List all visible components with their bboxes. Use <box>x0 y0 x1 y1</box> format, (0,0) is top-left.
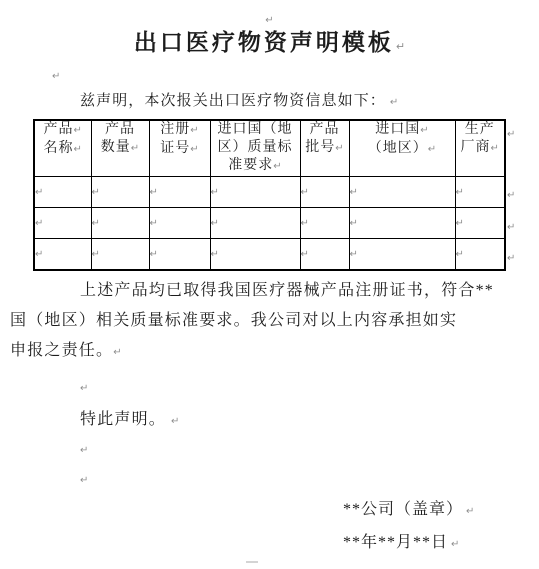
paragraph-mark-icon: ↵ <box>451 539 459 550</box>
header-cell-line: （地区）↵ <box>350 140 455 159</box>
hereby-statement: 特此声明。↵ <box>80 406 179 429</box>
table-cell: ↵ <box>34 177 91 208</box>
header-cell-text: 产品 <box>310 122 340 137</box>
paragraph-mark-icon: ↵ <box>171 416 179 427</box>
intro-text: 兹声明，本次报关出口医疗物资信息如下： <box>80 93 386 109</box>
header-cell-line: 产品 <box>301 121 349 139</box>
header-cell-line: 厂商↵ <box>456 139 505 158</box>
paragraph-mark-icon: ↵ <box>113 347 121 358</box>
paragraph-mark-icon: ↵ <box>491 143 499 154</box>
paragraph-mark-icon: ↵ <box>35 249 43 260</box>
paragraph-mark-icon: ↵ <box>150 218 158 229</box>
table-header-row: 产品↵名称↵产品数量↵注册↵证号↵进口国（地区）质量标准要求↵产品批号↵进口国↵… <box>34 120 505 177</box>
header-cell-text: （地区） <box>368 141 428 156</box>
header-cell-text: 注册 <box>160 122 190 137</box>
paragraph-mark-icon: ↵ <box>211 218 219 229</box>
paragraph-mark-icon: ↵ <box>428 144 436 155</box>
table-row: ↵↵↵↵↵↵↵ <box>34 208 505 239</box>
paragraph-mark-icon: ↵ <box>35 218 43 229</box>
table-cell: ↵ <box>300 239 349 270</box>
paragraph-mark-icon: ↵ <box>466 506 474 517</box>
intro-statement: 兹声明，本次报关出口医疗物资信息如下：↵ <box>80 89 398 110</box>
header-cell-text: 产品 <box>105 122 135 137</box>
header-cell-text: 证号 <box>160 141 190 156</box>
paragraph-mark-icon: ↵ <box>150 249 158 260</box>
paragraph-mark-icon: ↵ <box>190 125 198 136</box>
paragraph-mark-row: ↵ <box>52 66 60 84</box>
signature-company: **公司（盖章）↵ <box>343 494 474 527</box>
table-cell: ↵ <box>210 177 300 208</box>
header-cell-text: 产品 <box>44 122 74 137</box>
paragraph-mark-icon: ↵ <box>507 190 515 201</box>
row-end-mark: ↵ <box>507 248 515 266</box>
table-cell: ↵ <box>300 177 349 208</box>
header-cell-import-quality-std: 进口国（地区）质量标准要求↵ <box>210 120 300 177</box>
paragraph-mark-icon: ↵ <box>131 143 139 154</box>
header-cell-line: 准要求↵ <box>211 157 300 176</box>
paragraph-mark-icon: ↵ <box>507 222 515 233</box>
row-end-mark: ↵ <box>507 185 515 203</box>
signature-company-text: **公司（盖章） <box>343 501 463 518</box>
document-page: ↵ 出口医疗物资声明模板↵ ↵ 兹声明，本次报关出口医疗物资信息如下：↵ 产品↵… <box>0 0 539 569</box>
signature-date: **年**月**日↵ <box>343 527 474 560</box>
paragraph-mark-icon: ↵ <box>92 249 100 260</box>
table-cell: ↵ <box>149 239 210 270</box>
paragraph-mark-icon: ↵ <box>74 125 82 136</box>
header-cell-product-name: 产品↵名称↵ <box>34 120 91 177</box>
paragraph-mark-icon: ↵ <box>80 383 88 394</box>
header-cell-text: 名称 <box>44 141 74 156</box>
paragraph-mark-row: ↵ <box>80 378 88 396</box>
paragraph-mark-icon: ↵ <box>80 445 88 456</box>
paragraph-mark-icon: ↵ <box>456 187 464 198</box>
table-cell: ↵ <box>349 177 455 208</box>
paragraph-mark-icon: ↵ <box>92 187 100 198</box>
header-cell-line: 产品 <box>92 121 149 139</box>
paragraph-mark-icon: ↵ <box>52 71 60 82</box>
row-end-mark: ↵ <box>507 217 515 235</box>
page-title: 出口医疗物资声明模板↵ <box>0 24 539 57</box>
header-cell-line: 进口国↵ <box>350 121 455 140</box>
table-cell: ↵ <box>91 239 149 270</box>
paragraph-mark-icon: ↵ <box>390 97 398 108</box>
paragraph-line: 国（地区）相关质量标准要求。我公司对以上内容承担如实 <box>10 306 490 336</box>
table-cell: ↵ <box>210 239 300 270</box>
paragraph-mark-row: ↵ <box>80 470 88 488</box>
header-cell-registration-no: 注册↵证号↵ <box>149 120 210 177</box>
row-end-mark: ↵ <box>507 124 515 142</box>
table-cell: ↵ <box>149 208 210 239</box>
paragraph-mark-icon: ↵ <box>74 144 82 155</box>
header-cell-text: 进口国 <box>375 122 420 137</box>
paragraph-mark-icon: ↵ <box>420 125 428 136</box>
page-title-text: 出口医疗物资声明模板 <box>134 30 394 55</box>
header-cell-product-batch-no: 产品批号↵ <box>300 120 349 177</box>
page-bottom-artifact <box>246 561 258 563</box>
paragraph-line: 申报之责任。↵ <box>10 336 490 368</box>
header-cell-import-country: 进口国↵（地区）↵ <box>349 120 455 177</box>
paragraph-mark-row: ↵ <box>80 440 88 458</box>
paragraph-mark-icon: ↵ <box>35 187 43 198</box>
paragraph-mark-icon: ↵ <box>350 249 358 260</box>
paragraph-mark-icon: ↵ <box>92 218 100 229</box>
header-cell-line: 批号↵ <box>301 139 349 158</box>
header-cell-text: 批号 <box>305 140 335 155</box>
paragraph-mark-icon: ↵ <box>301 187 309 198</box>
paragraph-mark-icon: ↵ <box>190 144 198 155</box>
header-cell-line: 数量↵ <box>92 139 149 158</box>
header-cell-text: 准要求 <box>228 158 273 173</box>
table-cell: ↵ <box>91 208 149 239</box>
header-cell-text: 数量 <box>101 140 131 155</box>
table-cell: ↵ <box>455 177 505 208</box>
header-cell-text: 生产 <box>465 122 495 137</box>
paragraph-mark-icon: ↵ <box>350 218 358 229</box>
paragraph-mark-icon: ↵ <box>507 253 515 264</box>
body-paragraph: 上述产品均已取得我国医疗器械产品注册证书，符合** 国（地区）相关质量标准要求。… <box>10 276 490 368</box>
header-cell-line: 注册↵ <box>150 121 210 140</box>
header-cell-text: 区）质量标 <box>218 140 293 155</box>
header-cell-line: 进口国（地 <box>211 121 300 139</box>
table-cell: ↵ <box>349 208 455 239</box>
paragraph-mark-icon: ↵ <box>150 187 158 198</box>
paragraph-mark-icon: ↵ <box>301 218 309 229</box>
header-cell-text: 厂商 <box>461 140 491 155</box>
table-cell: ↵ <box>149 177 210 208</box>
signature-date-text: **年**月**日 <box>343 534 448 551</box>
table-row: ↵↵↵↵↵↵↵ <box>34 177 505 208</box>
header-cell-line: 产品↵ <box>35 121 91 140</box>
paragraph-mark-icon: ↵ <box>301 249 309 260</box>
paragraph-mark-icon: ↵ <box>456 249 464 260</box>
table-cell: ↵ <box>91 177 149 208</box>
paragraph-mark-icon: ↵ <box>211 249 219 260</box>
paragraph-mark-icon: ↵ <box>507 129 515 140</box>
table-cell: ↵ <box>34 239 91 270</box>
paragraph-mark-icon: ↵ <box>273 161 281 172</box>
header-cell-text: 进口国（地 <box>218 122 293 137</box>
header-cell-line: 区）质量标 <box>211 139 300 157</box>
header-cell-manufacturer: 生产厂商↵ <box>455 120 505 177</box>
paragraph-line: 上述产品均已取得我国医疗器械产品注册证书，符合** <box>10 276 490 306</box>
header-cell-line: 名称↵ <box>35 140 91 159</box>
paragraph-mark-icon: ↵ <box>456 218 464 229</box>
signature-block: **公司（盖章）↵ **年**月**日↵ <box>343 494 474 560</box>
table-cell: ↵ <box>300 208 349 239</box>
table-cell: ↵ <box>34 208 91 239</box>
paragraph-mark-icon: ↵ <box>80 475 88 486</box>
paragraph-mark-icon: ↵ <box>335 143 343 154</box>
table-cell: ↵ <box>455 208 505 239</box>
paragraph-mark-icon: ↵ <box>350 187 358 198</box>
hereby-text: 特此声明。 <box>80 411 166 428</box>
paragraph-line-text: 申报之责任。 <box>10 342 113 359</box>
declaration-table: 产品↵名称↵产品数量↵注册↵证号↵进口国（地区）质量标准要求↵产品批号↵进口国↵… <box>33 119 506 271</box>
header-cell-line: 证号↵ <box>150 140 210 159</box>
header-cell-product-quantity: 产品数量↵ <box>91 120 149 177</box>
paragraph-mark-icon: ↵ <box>211 187 219 198</box>
table-cell: ↵ <box>210 208 300 239</box>
header-cell-line: 生产 <box>456 121 505 139</box>
paragraph-mark-icon: ↵ <box>396 40 405 53</box>
table-cell: ↵ <box>455 239 505 270</box>
table-cell: ↵ <box>349 239 455 270</box>
table-row: ↵↵↵↵↵↵↵ <box>34 239 505 270</box>
